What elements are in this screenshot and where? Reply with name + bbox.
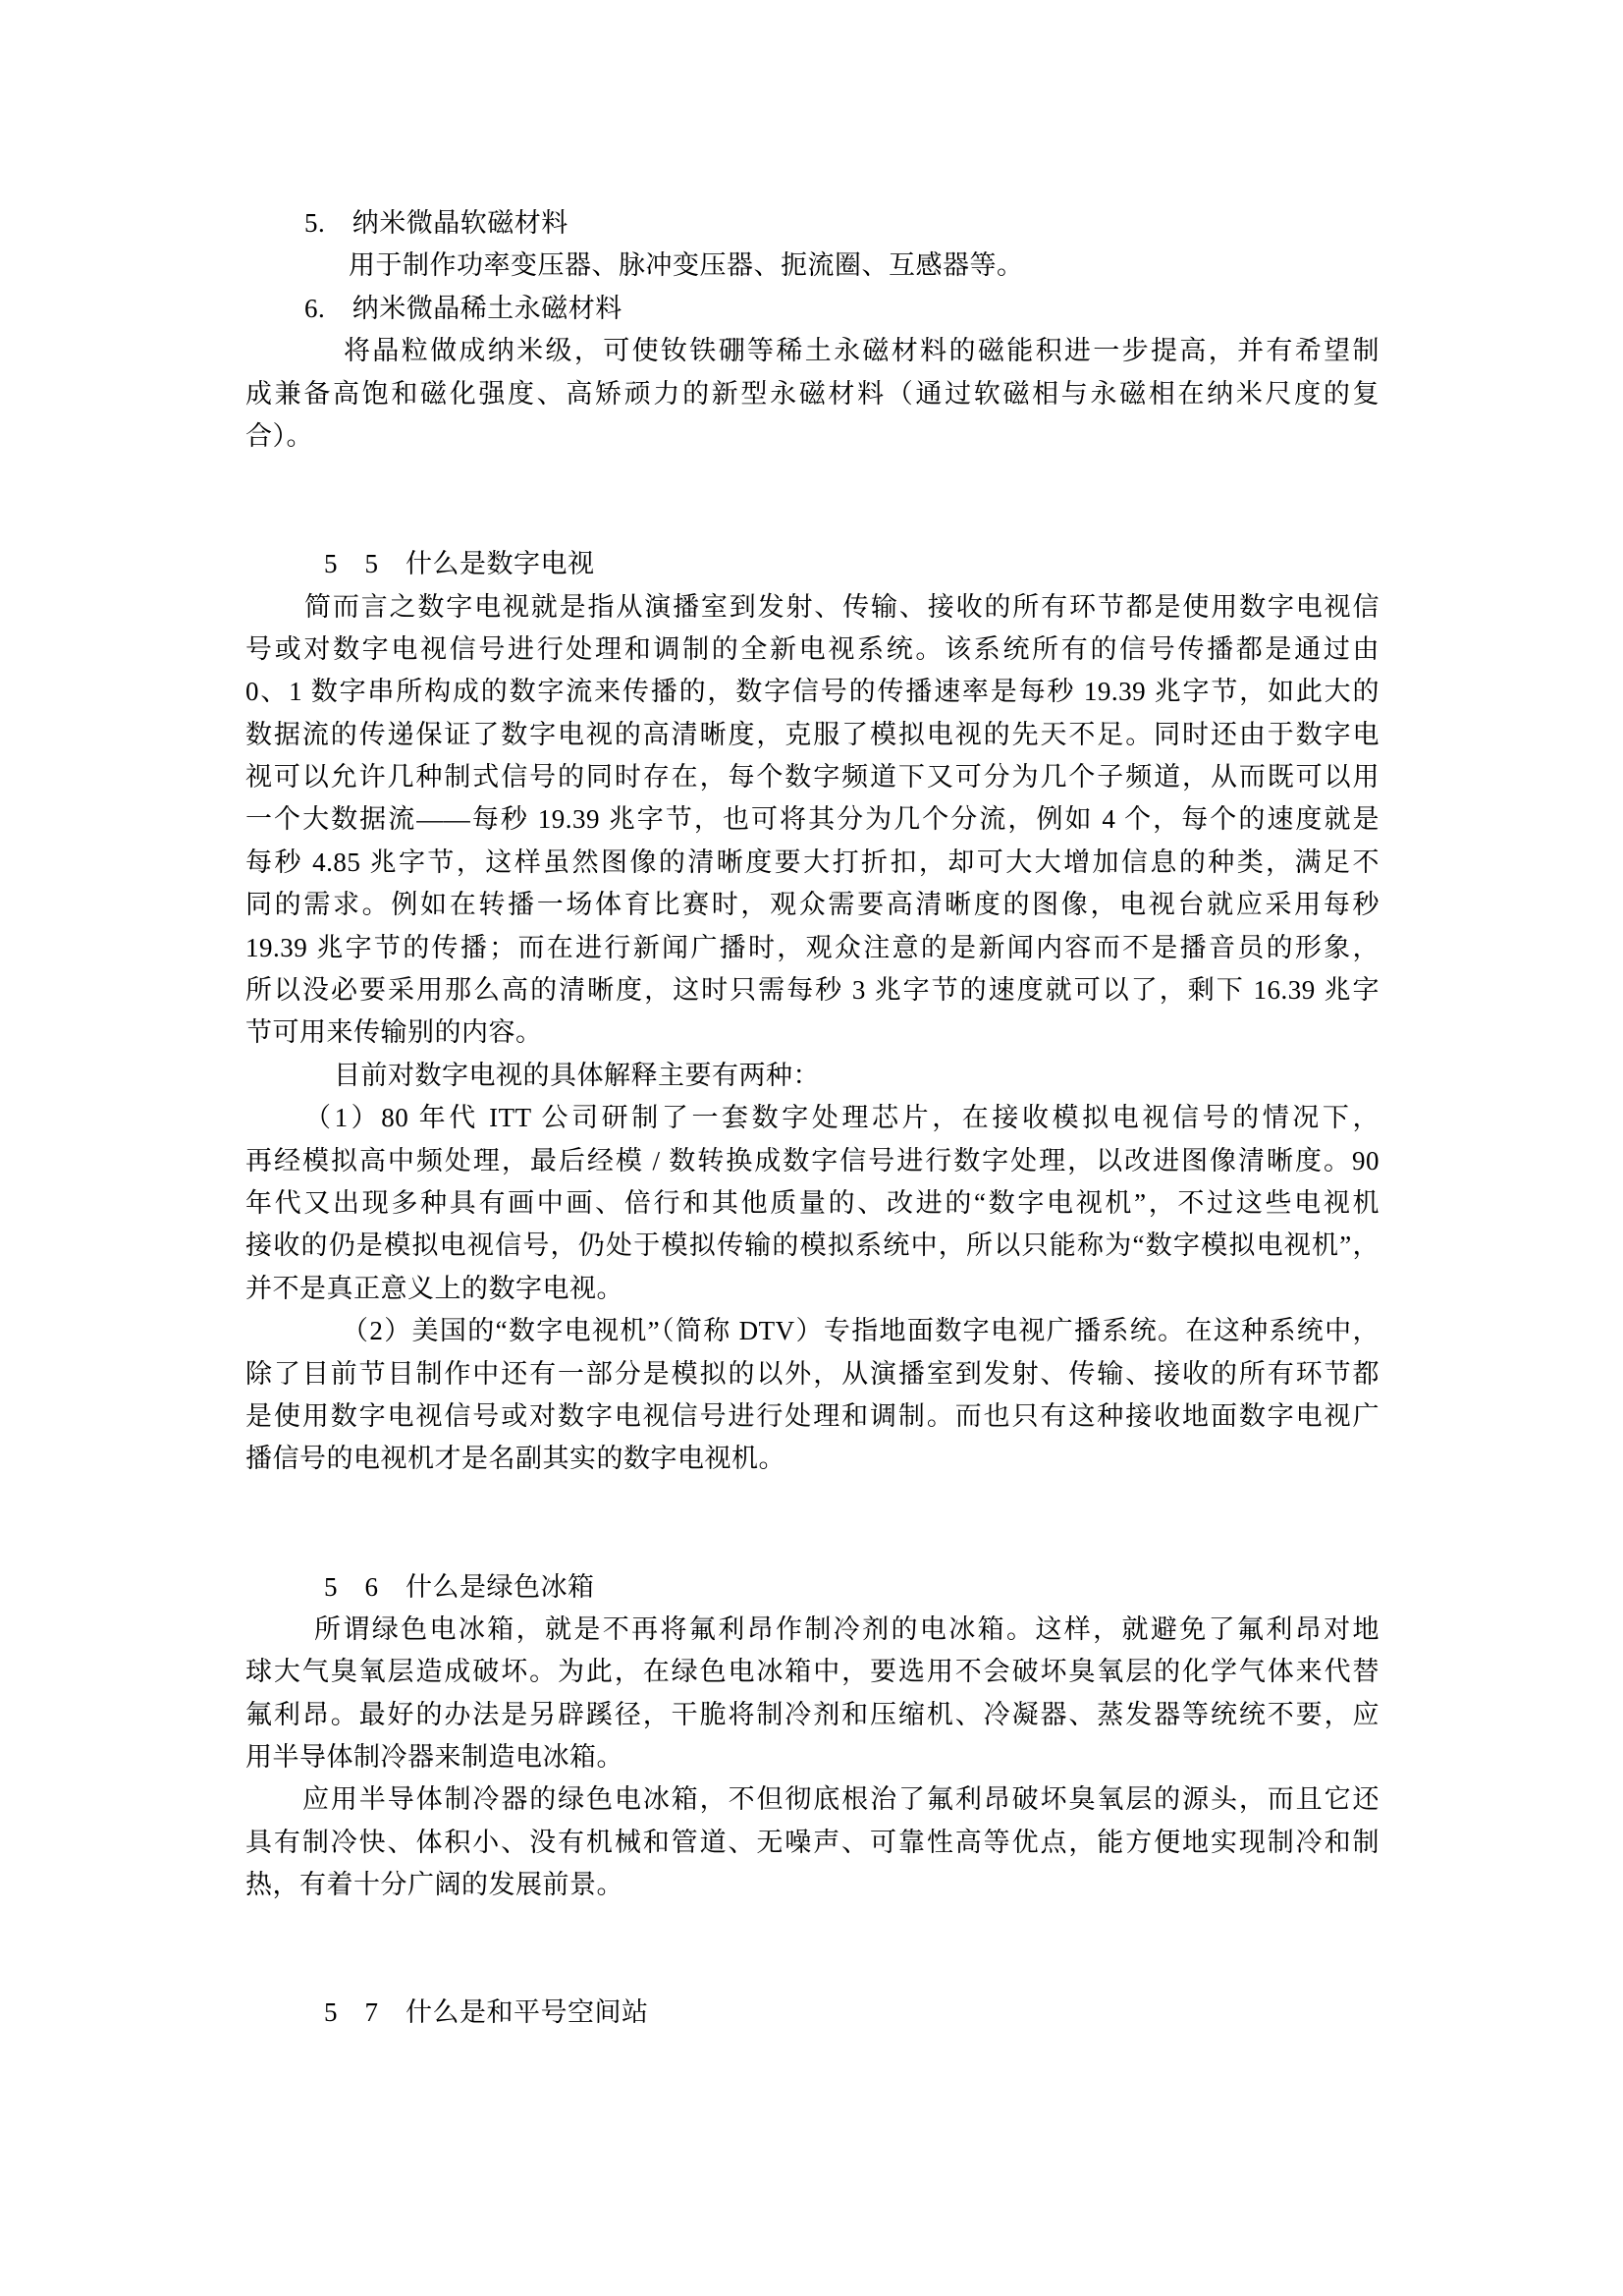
text-line: 具有制冷快、体积小、没有机械和管道、无噪声、可靠性高等优点，能方便地实现制冷和制: [245, 1822, 1380, 1864]
text-block: 5. 纳米微晶软磁材料用于制作功率变压器、脉冲变压器、扼流圈、互感器等。6. 纳…: [245, 202, 1380, 2035]
text-line: 播信号的电视机才是名副其实的数字电视机。: [245, 1438, 1380, 1480]
blank-line: [245, 1907, 1380, 1949]
text-line: 除了目前节目制作中还有一部分是模拟的以外，从演播室到发射、传输、接收的所有环节都: [245, 1353, 1380, 1395]
section-heading: 5 6 什么是绿色冰箱: [245, 1566, 1380, 1609]
text-line: 合）。: [245, 415, 1380, 458]
blank-line: [245, 501, 1380, 543]
section-heading: 5 7 什么是和平号空间站: [245, 1992, 1380, 2034]
blank-line: [245, 1523, 1380, 1565]
text-line: 数据流的传递保证了数字电视的高清晰度，克服了模拟电视的先天不足。同时还由于数字电: [245, 714, 1380, 756]
text-line: 视可以允许几种制式信号的同时存在，每个数字频道下又可分为几个子频道，从而既可以用: [245, 756, 1380, 798]
text-line: 是使用数字电视信号或对数字电视信号进行处理和调制。而也只有这种接收地面数字电视广: [245, 1395, 1380, 1438]
text-line: 应用半导体制冷器的绿色电冰箱，不但彻底根治了氟利昂破坏臭氧层的源头，而且它还: [245, 1778, 1380, 1821]
blank-line: [245, 458, 1380, 500]
list-item-line: 6. 纳米微晶稀土永磁材料: [245, 288, 1380, 330]
text-line: 年代又出现多种具有画中画、倍行和其他质量的、改进的“数字电视机”，不过这些电视机: [245, 1182, 1380, 1225]
text-line: 号或对数字电视信号进行处理和调制的全新电视系统。该系统所有的信号传播都是通过由: [245, 629, 1380, 671]
text-line: 0、1 数字串所构成的数字流来传播的，数字信号的传播速率是每秒 19.39 兆字…: [245, 671, 1380, 713]
text-line: 再经模拟高中频处理，最后经模 / 数转换成数字信号进行数字处理，以改进图像清晰度…: [245, 1140, 1380, 1182]
text-line: 所谓绿色电冰箱，就是不再将氟利昂作制冷剂的电冰箱。这样，就避免了氟利昂对地: [245, 1609, 1380, 1651]
text-line: 节可用来传输别的内容。: [245, 1011, 1380, 1054]
list-item-line: 5. 纳米微晶软磁材料: [245, 202, 1380, 245]
text-line: 并不是真正意义上的数字电视。: [245, 1268, 1380, 1310]
text-line: 将晶粒做成纳米级，可使钕铁硼等稀土永磁材料的磁能积进一步提高，并有希望制: [245, 330, 1380, 372]
text-line: 球大气臭氧层造成破坏。为此，在绿色电冰箱中，要选用不会破坏臭氧层的化学气体来代替: [245, 1651, 1380, 1693]
document-page: 5. 纳米微晶软磁材料用于制作功率变压器、脉冲变压器、扼流圈、互感器等。6. 纳…: [0, 0, 1623, 2296]
text-line: 用于制作功率变压器、脉冲变压器、扼流圈、互感器等。: [245, 245, 1380, 287]
text-line: （2）美国的“数字电视机”（简称 DTV）专指地面数字电视广播系统。在这种系统中…: [245, 1310, 1380, 1352]
text-line: 每秒 4.85 兆字节，这样虽然图像的清晰度要大打折扣，却可大大增加信息的种类，…: [245, 842, 1380, 884]
blank-line: [245, 1949, 1380, 1992]
blank-line: [245, 1481, 1380, 1523]
text-line: 氟利昂。最好的办法是另辟蹊径，干脆将制冷剂和压缩机、冷凝器、蒸发器等统统不要，应: [245, 1694, 1380, 1736]
text-line: 目前对数字电视的具体解释主要有两种：: [245, 1055, 1380, 1097]
text-line: 19.39 兆字节的传播；而在进行新闻广播时，观众注意的是新闻内容而不是播音员的…: [245, 927, 1380, 969]
text-line: 简而言之数字电视就是指从演播室到发射、传输、接收的所有环节都是使用数字电视信: [245, 586, 1380, 629]
text-line: 成兼备高饱和磁化强度、高矫顽力的新型永磁材料（通过软磁相与永磁相在纳米尺度的复: [245, 373, 1380, 415]
text-line: 用半导体制冷器来制造电冰箱。: [245, 1736, 1380, 1778]
text-line: 所以没必要采用那么高的清晰度，这时只需每秒 3 兆字节的速度就可以了，剩下 16…: [245, 969, 1380, 1011]
text-line: 热，有着十分广阔的发展前景。: [245, 1864, 1380, 1906]
text-line: （1）80 年代 ITT 公司研制了一套数字处理芯片，在接收模拟电视信号的情况下…: [245, 1097, 1380, 1139]
text-line: 一个大数据流——每秒 19.39 兆字节，也可将其分为几个分流，例如 4 个，每…: [245, 798, 1380, 841]
text-line: 接收的仍是模拟电视信号，仍处于模拟传输的模拟系统中，所以只能称为“数字模拟电视机…: [245, 1225, 1380, 1267]
text-line: 同的需求。例如在转播一场体育比赛时，观众需要高清晰度的图像，电视台就应采用每秒: [245, 884, 1380, 926]
section-heading: 5 5 什么是数字电视: [245, 543, 1380, 585]
